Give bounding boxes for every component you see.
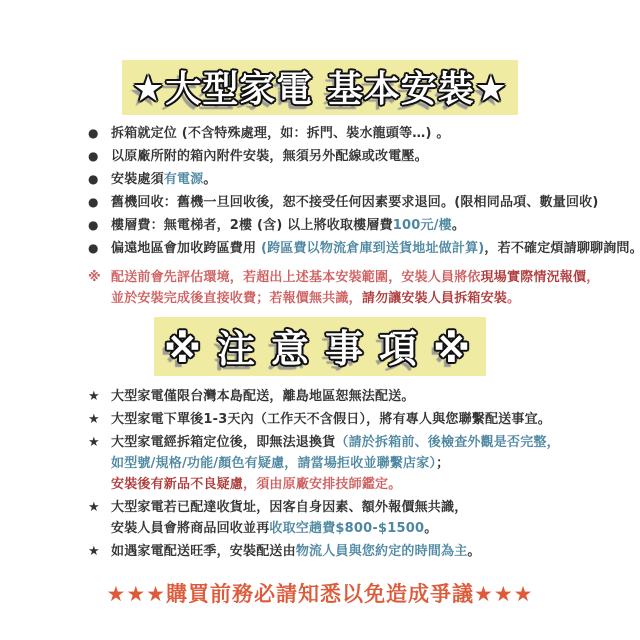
list-item-text: 大型家電下單後1-3天內（工作天不含假日），將有專人與您聯繫配送事宜。 (111, 409, 610, 430)
text-segment: 偏遠地區會加收跨區費用 (111, 241, 261, 256)
list-item: ●安裝處須有電源。 (88, 169, 610, 190)
text-line: 拆箱就定位 (不含特殊處理，如：拆門、裝水龍頭等…) 。 (111, 123, 610, 144)
star-bullet-icon: ★ (88, 497, 111, 518)
text-segment: 以原廠所附的箱內附件安裝，無須另外配線或改電壓。 (111, 149, 428, 164)
star-bullet-icon: ★ (88, 432, 111, 453)
appliance-install-notice-flyer: ★大型家電 基本安裝★ ●拆箱就定位 (不含特殊處理，如：拆門、裝水龍頭等…) … (0, 0, 640, 640)
list-item-text: 如遇家電配送旺季，安裝配送由物流人員與您約定的時間為主。 (111, 541, 610, 562)
text-line: 大型家電下單後1-3天內（工作天不含假日），將有專人與您聯繫配送事宜。 (111, 409, 610, 430)
text-line: 並於安裝完成後直接收費；若報價無共識，請勿讓安裝人員拆箱安裝。 (111, 288, 610, 309)
dot-bullet-icon: ● (88, 146, 111, 167)
text-segment: 。 (424, 521, 437, 536)
text-line: 安裝後有新品不良疑慮，須由原廠安排技師鑑定。 (111, 474, 610, 495)
list-item-text: 舊機回收：舊機一旦回收後，恕不接受任何因素要求退回。(限相同品項、數量回收) (111, 192, 610, 213)
notice-title-row: ※注意事項※ (0, 317, 640, 376)
text-segment: 100元/樓 (393, 218, 452, 233)
star-bullet-icon: ★ (88, 409, 111, 430)
text-segment: 安裝後有新品不良疑慮 (111, 477, 243, 492)
list-item-text: 配送前會先評估環境，若超出上述基本安裝範圍，安裝人員將依現場實際情況報價，並於安… (111, 267, 610, 309)
dot-bullet-icon: ● (88, 215, 111, 236)
list-item: ★大型家電若已配達收貨址，因客自身因素、額外報價無共識，安裝人員會將商品回收並再… (88, 497, 610, 539)
list-item-text: 拆箱就定位 (不含特殊處理，如：拆門、裝水龍頭等…) 。 (111, 123, 610, 144)
dot-bullet-icon: ● (88, 238, 111, 259)
list-item-text: 大型家電僅限台灣本島配送，離島地區恕無法配送。 (111, 386, 610, 407)
list-item: ●舊機回收：舊機一旦回收後，恕不接受任何因素要求退回。(限相同品項、數量回收) (88, 192, 610, 213)
text-segment: ， (586, 270, 599, 285)
basic-install-section: ●拆箱就定位 (不含特殊處理，如：拆門、裝水龍頭等…) 。●以原廠所附的箱內附件… (0, 123, 640, 309)
text-segment: 安裝人員會將商品回收並再 (111, 521, 269, 536)
text-line: 以原廠所附的箱內附件安裝，無須另外配線或改電壓。 (111, 146, 610, 167)
text-segment: 如型號/規格/功能/顏色有疑慮，請當場拒收並聯繫店家） (111, 456, 436, 471)
text-segment: 配送前會先評估環境，若超出上述基本安裝範圍，安裝人員將依 (111, 270, 481, 285)
text-segment: 如遇家電配送旺季，安裝配送由 (111, 544, 296, 559)
text-line: 配送前會先評估環境，若超出上述基本安裝範圍，安裝人員將依現場實際情況報價， (111, 267, 610, 288)
list-item: ●偏遠地區會加收跨區費用 (跨區費以物流倉庫到送貨地址做計算)，若不確定煩請聊聊… (88, 238, 610, 259)
list-item-text: 大型家電經拆箱定位後，即無法退換貨（請於拆箱前、後檢查外觀是否完整，如型號/規格… (111, 432, 610, 495)
text-segment: 現場實際情況報價 (481, 270, 587, 285)
text-segment: 收取空趟費$800-$1500 (269, 521, 424, 536)
text-segment: ，須由原廠安排技師鑑定。 (243, 477, 401, 492)
text-segment: 大型家電僅限台灣本島配送，離島地區恕無法配送。 (111, 389, 415, 404)
list-item: ★大型家電僅限台灣本島配送，離島地區恕無法配送。 (88, 386, 610, 407)
dot-bullet-icon: ● (88, 169, 111, 190)
list-item: ●樓層費：無電梯者，2樓 (含) 以上將收取樓層費100元/樓。 (88, 215, 610, 236)
text-segment: ； (436, 456, 449, 471)
text-segment: 有電源 (164, 172, 204, 187)
basic-install-title: ★大型家電 基本安裝★ (122, 60, 518, 115)
text-line: 大型家電經拆箱定位後，即無法退換貨（請於拆箱前、後檢查外觀是否完整， (111, 432, 610, 453)
text-segment: 。 (452, 218, 465, 233)
text-line: 舊機回收：舊機一旦回收後，恕不接受任何因素要求退回。(限相同品項、數量回收) (111, 192, 610, 213)
text-segment: 拆箱就定位 (不含特殊處理，如：拆門、裝水龍頭等…) 。 (111, 126, 450, 141)
footer-warning: ★★★購買前務必請知悉以免造成爭議★★★ (0, 578, 640, 608)
text-segment: 並於安裝完成後直接收費；若報價無共識， (111, 291, 362, 306)
list-item: ●以原廠所附的箱內附件安裝，無須另外配線或改電壓。 (88, 146, 610, 167)
text-segment: 大型家電經拆箱定位後，即無法退換貨 (111, 435, 335, 450)
list-item-text: 偏遠地區會加收跨區費用 (跨區費以物流倉庫到送貨地址做計算)，若不確定煩請聊聊詢… (111, 238, 610, 259)
list-item: ※配送前會先評估環境，若超出上述基本安裝範圍，安裝人員將依現場實際情況報價，並於… (88, 267, 610, 309)
text-line: 安裝處須有電源。 (111, 169, 610, 190)
text-segment: 。 (203, 172, 216, 187)
pre-delivery-quote-note: ※配送前會先評估環境，若超出上述基本安裝範圍，安裝人員將依現場實際情況報價，並於… (88, 267, 610, 309)
text-segment: 安裝處須 (111, 172, 164, 187)
list-item-text: 安裝處須有電源。 (111, 169, 610, 190)
notice-list: ★大型家電僅限台灣本島配送，離島地區恕無法配送。★大型家電下單後1-3天內（工作… (88, 386, 610, 562)
text-line: 如遇家電配送旺季，安裝配送由物流人員與您約定的時間為主。 (111, 541, 610, 562)
notice-title: ※注意事項※ (154, 317, 486, 376)
text-line: 如型號/規格/功能/顏色有疑慮，請當場拒收並聯繫店家）； (111, 453, 610, 474)
basic-install-title-row: ★大型家電 基本安裝★ (0, 0, 640, 115)
list-item: ★大型家電經拆箱定位後，即無法退換貨（請於拆箱前、後檢查外觀是否完整，如型號/規… (88, 432, 610, 495)
text-line: 大型家電僅限台灣本島配送，離島地區恕無法配送。 (111, 386, 610, 407)
list-item: ●拆箱就定位 (不含特殊處理，如：拆門、裝水龍頭等…) 。 (88, 123, 610, 144)
dot-bullet-icon: ● (88, 123, 111, 144)
text-line: 大型家電若已配達收貨址，因客自身因素、額外報價無共識， (111, 497, 610, 518)
list-item-text: 大型家電若已配達收貨址，因客自身因素、額外報價無共識，安裝人員會將商品回收並再收… (111, 497, 610, 539)
text-segment: 大型家電下單後1-3天內（工作天不含假日），將有專人與您聯繫配送事宜。 (111, 412, 551, 427)
text-segment: 舊機回收：舊機一旦回收後，恕不接受任何因素要求退回。(限相同品項、數量回收) (111, 195, 598, 210)
text-segment: 物流人員與您約定的時間為主 (296, 544, 468, 559)
list-item: ★大型家電下單後1-3天內（工作天不含假日），將有專人與您聯繫配送事宜。 (88, 409, 610, 430)
text-segment: 請勿讓安裝人員拆箱安裝 (362, 291, 507, 306)
text-segment: 大型家電若已配達收貨址，因客自身因素、額外報價無共識， (111, 500, 467, 515)
text-line: 偏遠地區會加收跨區費用 (跨區費以物流倉庫到送貨地址做計算)，若不確定煩請聊聊詢… (111, 238, 610, 259)
text-segment: 。 (507, 291, 520, 306)
text-segment: 樓層費：無電梯者，2樓 (含) 以上將收取樓層費 (111, 218, 393, 233)
list-item: ★如遇家電配送旺季，安裝配送由物流人員與您約定的時間為主。 (88, 541, 610, 562)
text-segment: （請於拆箱前、後檢查外觀是否完整， (335, 435, 559, 450)
notice-section: ★大型家電僅限台灣本島配送，離島地區恕無法配送。★大型家電下單後1-3天內（工作… (0, 386, 640, 562)
text-line: 樓層費：無電梯者，2樓 (含) 以上將收取樓層費100元/樓。 (111, 215, 610, 236)
list-item-text: 樓層費：無電梯者，2樓 (含) 以上將收取樓層費100元/樓。 (111, 215, 610, 236)
text-segment: (跨區費以物流倉庫到送貨地址做計算) (261, 241, 484, 256)
star-bullet-icon: ★ (88, 541, 111, 562)
reference-mark-icon: ※ (88, 267, 111, 288)
basic-install-list: ●拆箱就定位 (不含特殊處理，如：拆門、裝水龍頭等…) 。●以原廠所附的箱內附件… (88, 123, 610, 259)
dot-bullet-icon: ● (88, 192, 111, 213)
text-segment: ，若不確定煩請聊聊詢問。 (484, 241, 640, 256)
star-bullet-icon: ★ (88, 386, 111, 407)
list-item-text: 以原廠所附的箱內附件安裝，無須另外配線或改電壓。 (111, 146, 610, 167)
text-segment: 。 (467, 544, 480, 559)
text-line: 安裝人員會將商品回收並再收取空趟費$800-$1500。 (111, 518, 610, 539)
